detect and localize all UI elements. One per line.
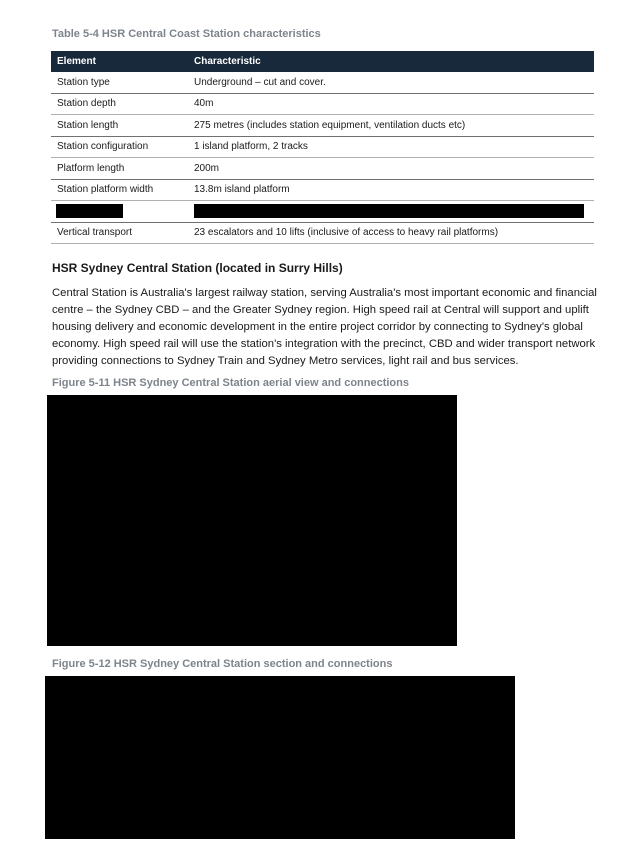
table-row: Station length 275 metres (includes stat… [51, 115, 594, 137]
figure-caption: Figure 5-12 HSR Sydney Central Station s… [52, 658, 392, 670]
cell-element: Station length [51, 115, 188, 137]
header-characteristic: Characteristic [188, 51, 594, 72]
figure-caption: Figure 5-11 HSR Sydney Central Station a… [52, 377, 409, 389]
cell-characteristic: 40m [188, 93, 594, 115]
cell-characteristic: 275 metres (includes station equipment, … [188, 115, 594, 137]
cell-characteristic: 1 island platform, 2 tracks [188, 136, 594, 158]
cell-element: Vertical transport [51, 222, 188, 244]
section-heading: HSR Sydney Central Station (located in S… [52, 261, 343, 275]
cell-element: Station configuration [51, 136, 188, 158]
table-row: Station platform width 13.8m island plat… [51, 179, 594, 201]
cell-characteristic: 13.8m island platform [188, 179, 594, 201]
table-row: Station configuration 1 island platform,… [51, 136, 594, 158]
figure-redacted-image [47, 395, 457, 646]
table-caption: Table 5-4 HSR Central Coast Station char… [52, 28, 321, 40]
table-row: Station type Underground – cut and cover… [51, 72, 594, 93]
table-row: Platform length 200m [51, 158, 594, 180]
cell-characteristic: 200m [188, 158, 594, 180]
cell-element [51, 201, 188, 223]
cell-element: Station platform width [51, 179, 188, 201]
station-characteristics-table: Element Characteristic Station type Unde… [51, 51, 594, 244]
cell-characteristic: 23 escalators and 10 lifts (inclusive of… [188, 222, 594, 244]
cell-element: Station depth [51, 93, 188, 115]
table-row-redacted [51, 201, 594, 223]
cell-element: Platform length [51, 158, 188, 180]
figure-redacted-image [45, 676, 515, 839]
table-row: Station depth 40m [51, 93, 594, 115]
cell-characteristic [188, 201, 594, 223]
cell-element: Station type [51, 72, 188, 93]
redaction-box [56, 204, 123, 218]
table-row: Vertical transport 23 escalators and 10 … [51, 222, 594, 244]
table-header-row: Element Characteristic [51, 51, 594, 72]
redaction-box [194, 204, 584, 218]
header-element: Element [51, 51, 188, 72]
cell-characteristic: Underground – cut and cover. [188, 72, 594, 93]
section-body: Central Station is Australia's largest r… [52, 285, 622, 370]
